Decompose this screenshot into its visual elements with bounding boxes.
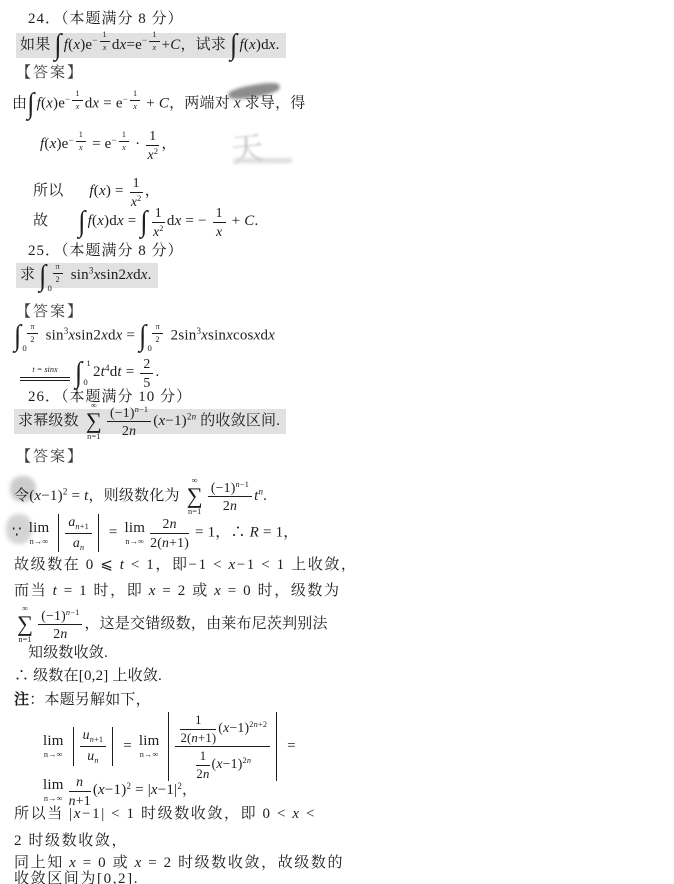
problem-25-statement: 求 ∫π20 sin3xsin2xdx. <box>16 262 158 290</box>
scan-watermark: 天 <box>229 123 265 172</box>
solution-line: ∴ 级数在[0,2] 上收敛. <box>14 667 162 686</box>
solution-line: 令(x−1)2 = t，则级数化为 ∞∑n=1(−1)n−12ntn. <box>14 477 267 516</box>
solution-line: limn→∞un+1un = limn→∞12(n+1)(x−1)2n+212n… <box>40 712 296 781</box>
solution-line: 故∫f(x)dx = ∫1x2dx = − 1x + C. <box>33 205 258 239</box>
problem-24-statement: 如果 ∫f(x)e−1xdx=e−1x+C，试求 ∫f(x)dx. <box>16 30 286 58</box>
document-page: 天 24．（本题满分 8 分） 如果 ∫f(x)e−1xdx=e−1x+C，试求… <box>0 0 674 884</box>
solution-line: f(x)e−1x = e−1x · 1x2， <box>40 128 177 162</box>
highlighted-formula: 求幂级数 ∞∑n=1(−1)n−12n(x−1)2n 的收敛区间. <box>14 409 286 434</box>
answer-label: 【答案】 <box>16 303 84 322</box>
solution-line: 所以当 |x−1| < 1 时级数收敛，即 0 < x < <box>14 805 316 824</box>
highlighted-formula: 求 ∫π20 sin3xsin2xdx. <box>16 263 158 288</box>
solution-line: limn→∞nn+1(x−1)2 = |x−1|2， <box>40 774 197 808</box>
highlighted-formula: 如果 ∫f(x)e−1xdx=e−1x+C，试求 ∫f(x)dx. <box>16 33 286 58</box>
solution-line: 由∫f(x)e−1xdx = e−1x + C，两端对 x 求导，得 <box>12 89 306 117</box>
solution-line: 所以f(x) = 1x2， <box>33 175 160 209</box>
solution-line: 知级数收敛. <box>28 644 108 663</box>
solution-line: ∫π20 sin3xsin2xdx = ∫π20 2sin3xsinxcosxd… <box>14 322 275 350</box>
scan-noise <box>234 158 292 163</box>
answer-label: 【答案】 <box>16 448 84 467</box>
answer-label: 【答案】 <box>16 64 84 83</box>
problem-26-statement: 求幂级数 ∞∑n=1(−1)n−12n(x−1)2n 的收敛区间. <box>14 402 286 441</box>
solution-line: 注：本题另解如下， <box>14 691 151 710</box>
solution-line: 故级数在 0 ⩽ t < 1，即−1 < x−1 < 1 上收敛， <box>14 556 358 575</box>
solution-line: 2 时级数收敛， <box>14 832 128 851</box>
solution-line: 而当 t = 1 时，即 x = 2 或 x = 0 时，级数为 <box>14 582 341 601</box>
solution-line: ∞∑n=1(−1)n−12n，这是交错级数，由莱布尼茨判别法 <box>14 605 328 644</box>
solution-line: 收敛区间为[0,2]. <box>14 870 139 884</box>
problem-25-heading: 25．（本题满分 8 分） <box>28 242 184 261</box>
problem-24-heading: 24．（本题满分 8 分） <box>28 10 184 29</box>
solution-line: ∵ limn→∞an+1an = limn→∞2n2(n+1) = 1，∴ R … <box>12 514 299 552</box>
solution-line: t = sinx∫102t4dt = 25. <box>20 356 159 390</box>
